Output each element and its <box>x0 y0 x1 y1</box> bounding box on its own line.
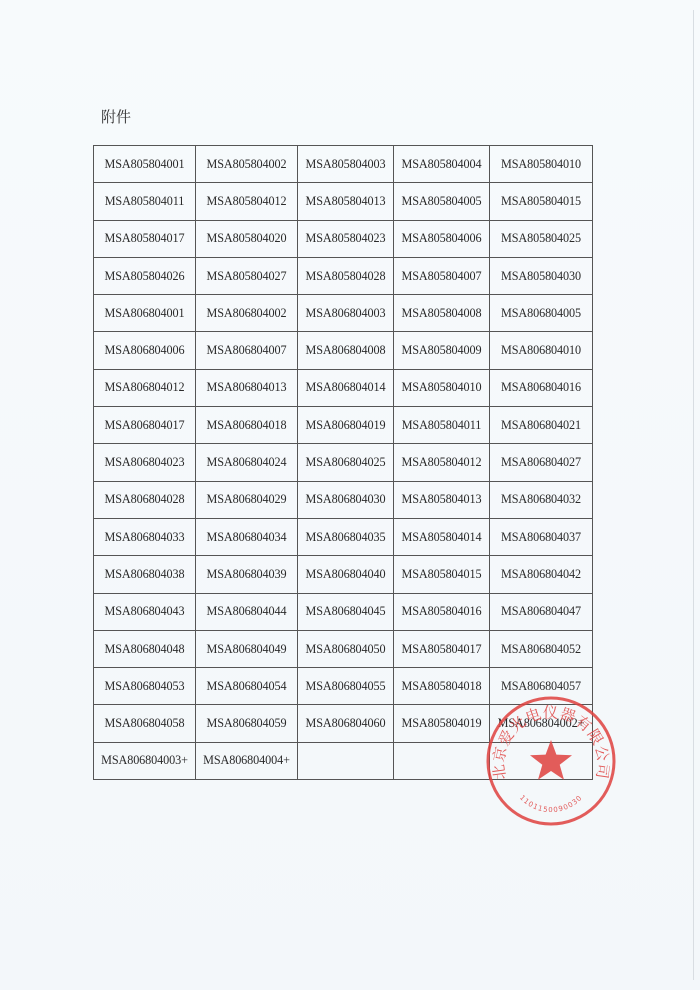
table-row: MSA806804003+MSA806804004+ <box>94 742 593 779</box>
table-cell: MSA805804017 <box>94 220 196 257</box>
table-row: MSA806804053MSA806804054MSA806804055MSA8… <box>94 668 593 705</box>
table-cell: MSA806804004+ <box>196 742 298 779</box>
table-cell: MSA805804015 <box>490 183 593 220</box>
table-row: MSA806804012MSA806804013MSA806804014MSA8… <box>94 369 593 406</box>
table-row: MSA805804017MSA805804020MSA805804023MSA8… <box>94 220 593 257</box>
table-row: MSA805804026MSA805804027MSA805804028MSA8… <box>94 257 593 294</box>
document-page: 附件 MSA805804001MSA805804002MSA805804003M… <box>0 0 700 990</box>
table-row: MSA806804048MSA806804049MSA806804050MSA8… <box>94 630 593 667</box>
table-cell: MSA806804025 <box>298 444 394 481</box>
table-cell: MSA806804053 <box>94 668 196 705</box>
table-cell: MSA806804024 <box>196 444 298 481</box>
table-cell: MSA806804058 <box>94 705 196 742</box>
table-cell: MSA805804008 <box>394 295 490 332</box>
table-row: MSA806804023MSA806804024MSA806804025MSA8… <box>94 444 593 481</box>
table-cell: MSA806804010 <box>490 332 593 369</box>
table-cell: MSA806804034 <box>196 518 298 555</box>
table-cell: MSA806804003 <box>298 295 394 332</box>
table-cell: MSA806804030 <box>298 481 394 518</box>
table-row: MSA806804033MSA806804034MSA806804035MSA8… <box>94 518 593 555</box>
table-cell: MSA806804049 <box>196 630 298 667</box>
table-cell: MSA806804005 <box>490 295 593 332</box>
table-cell: MSA805804010 <box>490 146 593 183</box>
table-cell: MSA806804037 <box>490 518 593 555</box>
table-cell: MSA806804033 <box>94 518 196 555</box>
table-cell: MSA806804006 <box>94 332 196 369</box>
table-row: MSA806804058MSA806804059MSA806804060MSA8… <box>94 705 593 742</box>
table-cell: MSA805804001 <box>94 146 196 183</box>
table-cell: MSA805804012 <box>394 444 490 481</box>
table-row: MSA806804038MSA806804039MSA806804040MSA8… <box>94 556 593 593</box>
table-cell: MSA806804055 <box>298 668 394 705</box>
table-cell: MSA805804020 <box>196 220 298 257</box>
table-cell: MSA806804002 <box>196 295 298 332</box>
table-cell: MSA805804012 <box>196 183 298 220</box>
table-cell: MSA805804028 <box>298 257 394 294</box>
table-cell: MSA805804014 <box>394 518 490 555</box>
stamp-code: 1101150090030 <box>518 794 584 814</box>
table-cell: MSA806804047 <box>490 593 593 630</box>
table-cell: MSA806804050 <box>298 630 394 667</box>
table-cell: MSA806804001 <box>94 295 196 332</box>
table-cell: MSA806804012 <box>94 369 196 406</box>
table-cell: MSA806804003+ <box>94 742 196 779</box>
table-cell: MSA805804003 <box>298 146 394 183</box>
table-cell: MSA805804011 <box>394 407 490 444</box>
table-cell: MSA806804013 <box>196 369 298 406</box>
table-cell: MSA806804035 <box>298 518 394 555</box>
table-row: MSA805804011MSA805804012MSA805804013MSA8… <box>94 183 593 220</box>
table-cell: MSA806804044 <box>196 593 298 630</box>
table-cell: MSA805804030 <box>490 257 593 294</box>
table-cell: MSA806804029 <box>196 481 298 518</box>
table-cell: MSA806804016 <box>490 369 593 406</box>
table-cell: MSA806804043 <box>94 593 196 630</box>
table-cell: MSA805804010 <box>394 369 490 406</box>
table-cell: MSA805804019 <box>394 705 490 742</box>
table-cell: MSA806804008 <box>298 332 394 369</box>
table-cell: MSA805804027 <box>196 257 298 294</box>
table-cell: MSA806804054 <box>196 668 298 705</box>
table-cell: MSA806804059 <box>196 705 298 742</box>
table-cell: MSA806804039 <box>196 556 298 593</box>
table-cell: MSA805804018 <box>394 668 490 705</box>
model-number-table: MSA805804001MSA805804002MSA805804003MSA8… <box>93 145 593 780</box>
table-cell: MSA806804018 <box>196 407 298 444</box>
table-cell: MSA805804015 <box>394 556 490 593</box>
table-cell: MSA805804023 <box>298 220 394 257</box>
page-edge <box>693 10 694 980</box>
table-cell: MSA805804006 <box>394 220 490 257</box>
table-cell: MSA806804048 <box>94 630 196 667</box>
table-cell: MSA806804021 <box>490 407 593 444</box>
table-cell: MSA806804019 <box>298 407 394 444</box>
table-cell: MSA805804007 <box>394 257 490 294</box>
table-cell: MSA806804027 <box>490 444 593 481</box>
table-row: MSA806804001MSA806804002MSA806804003MSA8… <box>94 295 593 332</box>
table-cell <box>490 742 593 779</box>
table-cell: MSA805804013 <box>298 183 394 220</box>
table-row: MSA806804043MSA806804044MSA806804045MSA8… <box>94 593 593 630</box>
attachment-title: 附件 <box>101 106 131 127</box>
table-cell: MSA806804028 <box>94 481 196 518</box>
table-cell: MSA805804005 <box>394 183 490 220</box>
table-cell: MSA805804013 <box>394 481 490 518</box>
table-cell: MSA806804045 <box>298 593 394 630</box>
table-row: MSA806804006MSA806804007MSA806804008MSA8… <box>94 332 593 369</box>
table-cell: MSA805804009 <box>394 332 490 369</box>
table-cell: MSA806804032 <box>490 481 593 518</box>
table-cell: MSA806804060 <box>298 705 394 742</box>
table-cell: MSA805804004 <box>394 146 490 183</box>
table-cell: MSA806804052 <box>490 630 593 667</box>
table-cell: MSA805804016 <box>394 593 490 630</box>
table-cell: MSA805804026 <box>94 257 196 294</box>
svg-text:1101150090030: 1101150090030 <box>518 794 584 814</box>
table-cell: MSA806804014 <box>298 369 394 406</box>
table-row: MSA806804017MSA806804018MSA806804019MSA8… <box>94 407 593 444</box>
table-cell: MSA805804002 <box>196 146 298 183</box>
table-cell: MSA806804038 <box>94 556 196 593</box>
table-cell: MSA806804002+ <box>490 705 593 742</box>
table-cell: MSA805804017 <box>394 630 490 667</box>
table-cell: MSA806804040 <box>298 556 394 593</box>
table-cell: MSA806804057 <box>490 668 593 705</box>
table-cell: MSA805804025 <box>490 220 593 257</box>
table-cell: MSA806804023 <box>94 444 196 481</box>
table-cell <box>394 742 490 779</box>
table-cell: MSA806804042 <box>490 556 593 593</box>
table-cell <box>298 742 394 779</box>
table-row: MSA805804001MSA805804002MSA805804003MSA8… <box>94 146 593 183</box>
table-cell: MSA806804007 <box>196 332 298 369</box>
table-cell: MSA805804011 <box>94 183 196 220</box>
table-row: MSA806804028MSA806804029MSA806804030MSA8… <box>94 481 593 518</box>
table-cell: MSA806804017 <box>94 407 196 444</box>
